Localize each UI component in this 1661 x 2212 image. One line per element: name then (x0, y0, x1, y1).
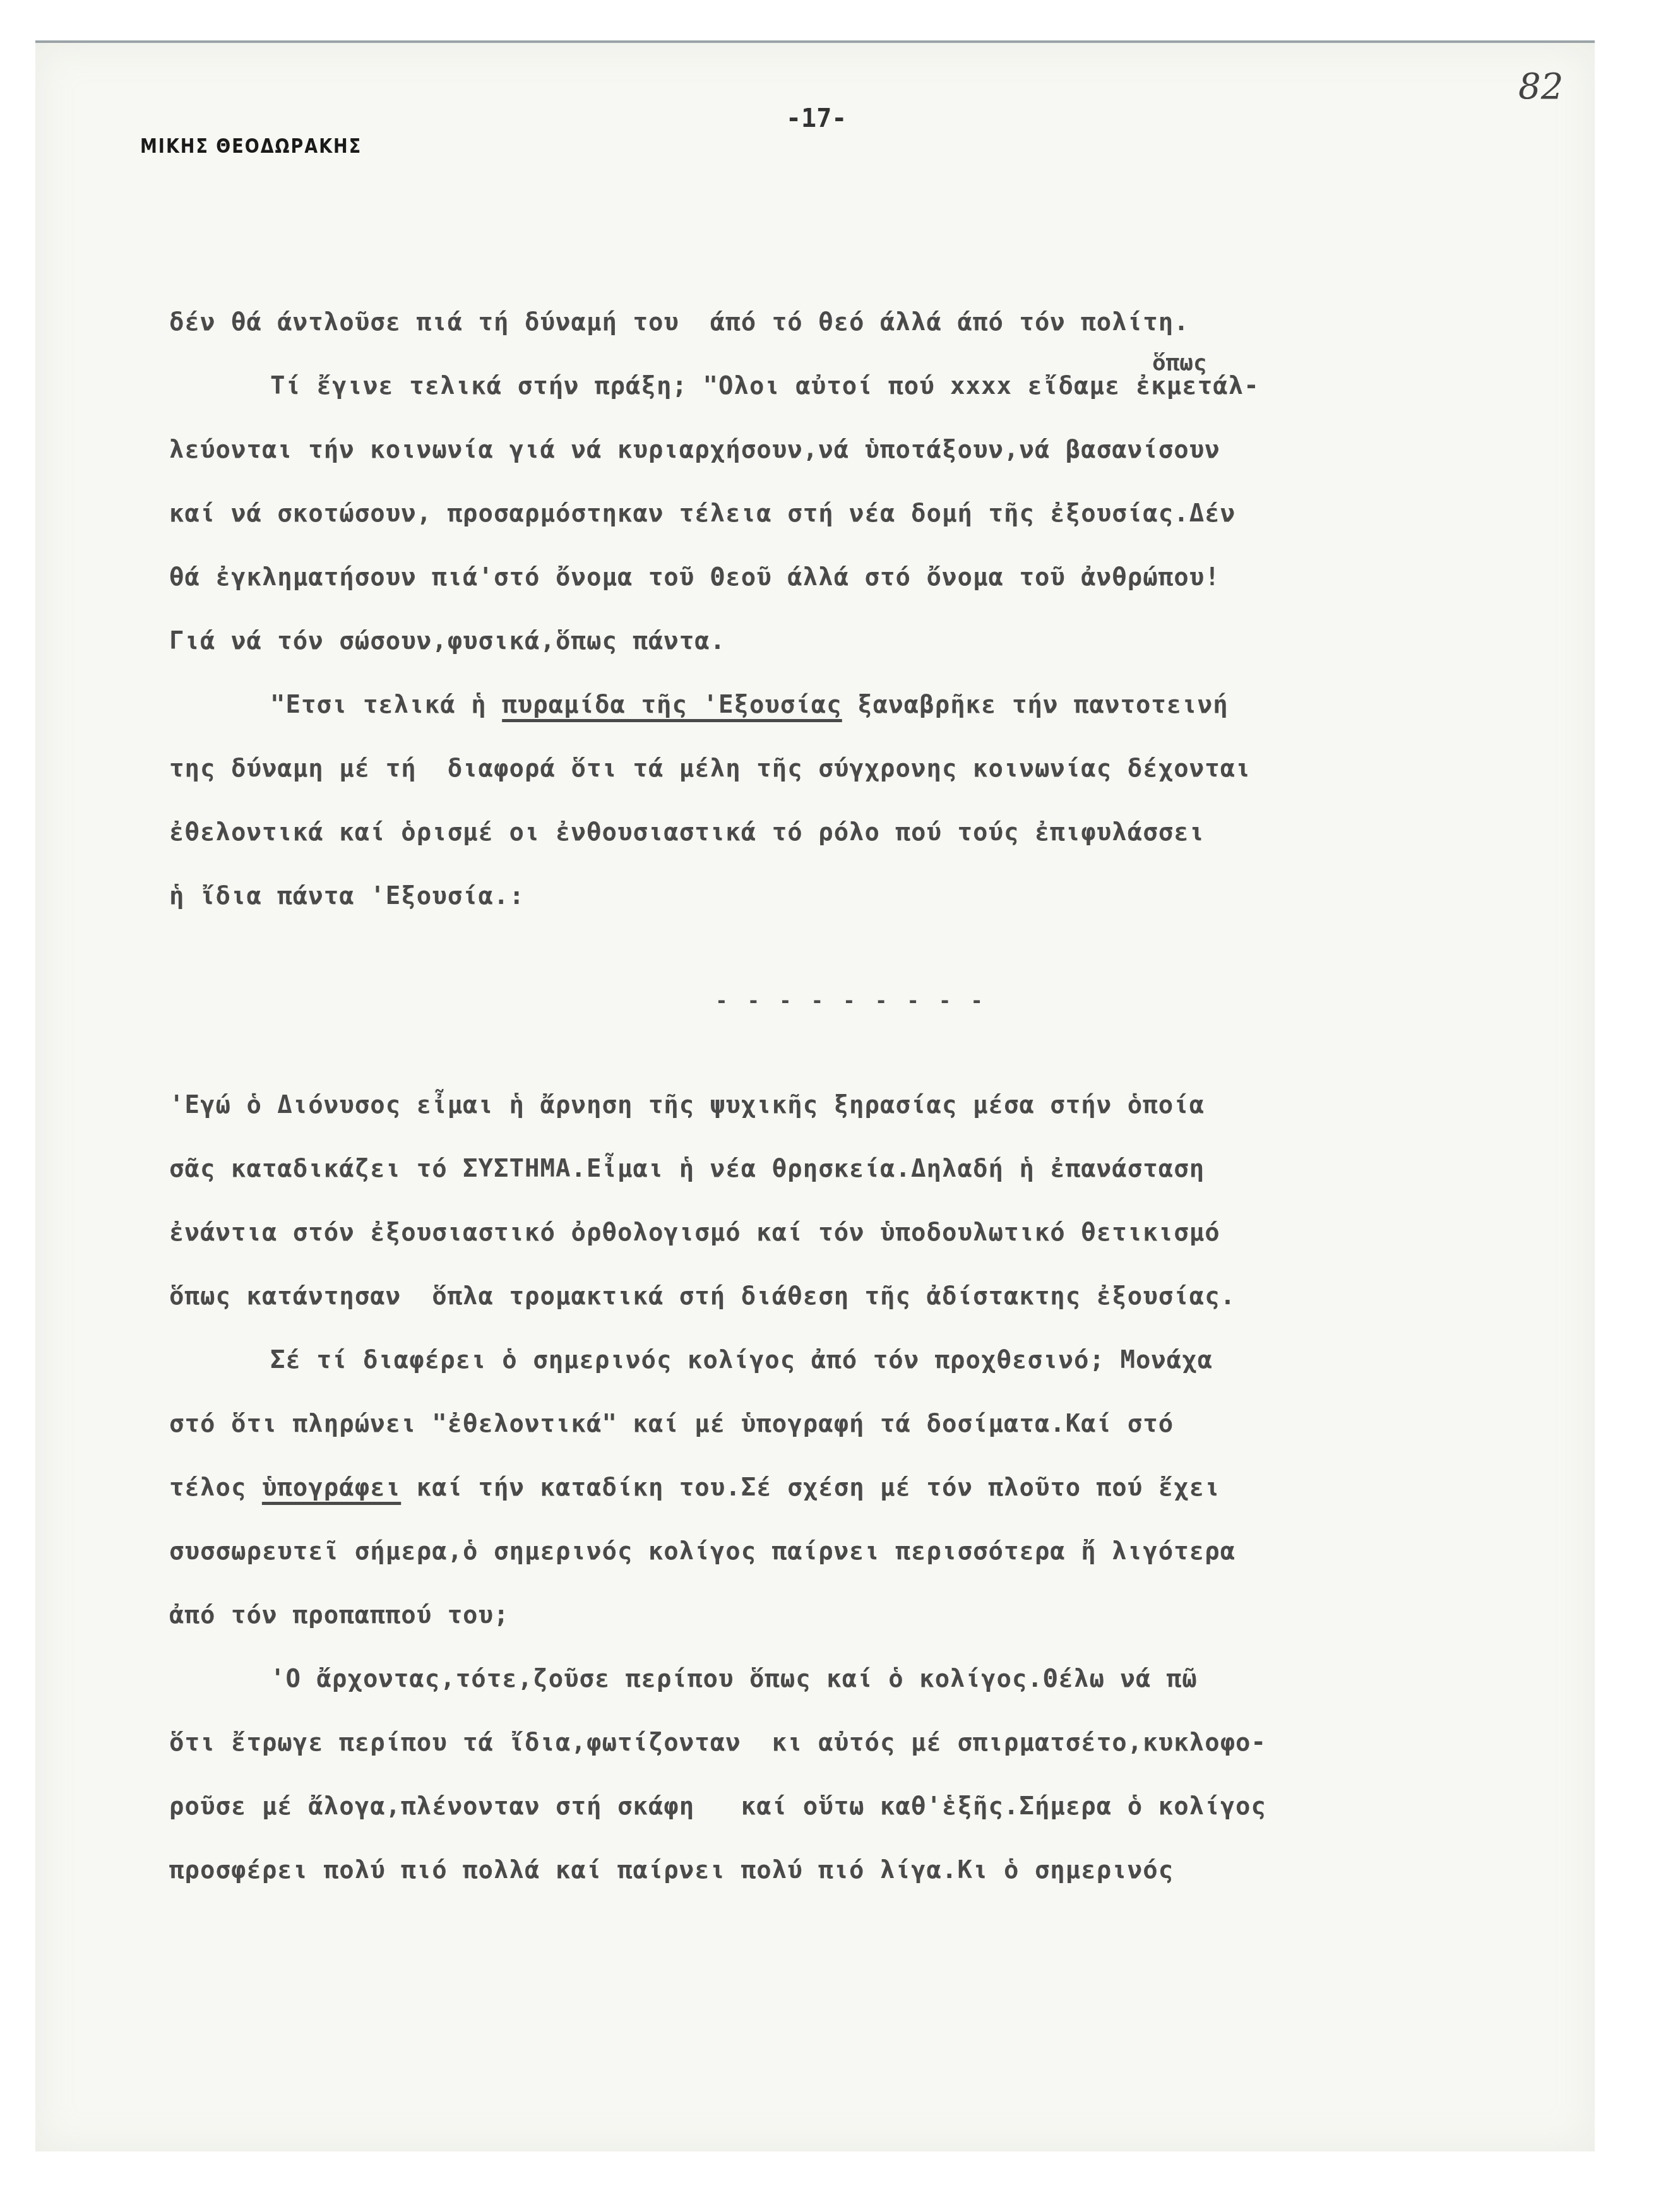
underlined-word: ὑπογράφει (262, 1473, 401, 1502)
text-line: στό ὅτι πληρώνει "ἐθελοντικά" καί μέ ὑπο… (169, 1392, 1533, 1456)
text-line: ἐνάντια στόν ἐξουσιαστικό ὀρθολογισμό κα… (169, 1201, 1533, 1264)
text-line: ἐθελοντικά καί ὁρισμέ οι ἐνθουσιαστικά τ… (169, 800, 1533, 864)
page-number: -17- (786, 104, 847, 133)
text-line: ὅτι ἔτρωγε περίπου τά ἴδια,φωτίζονταν κι… (169, 1711, 1533, 1775)
handwritten-folio-number: 82 (1518, 66, 1563, 107)
text-line: θά ἐγκληματήσουν πιά'στό ὄνομα τοῦ Θεοῦ … (169, 545, 1533, 609)
text-line: δέν θά άντλοῦσε πιά τή δύναμή του άπό τό… (169, 290, 1533, 354)
text-line: 'Ο ἄρχοντας,τότε,ζοῦσε περίπου ὅπως καί … (169, 1647, 1533, 1711)
text-line: προσφέρει πολύ πιό πολλά καί παίρνει πολ… (169, 1838, 1533, 1902)
text-line: τέλος ὑπογράφει καί τήν καταδίκη του.Σέ … (169, 1456, 1533, 1519)
text-segment: ξαναβρῆκε τήν παντοτεινή (842, 691, 1229, 719)
typewritten-body: δέν θά άντλοῦσε πιά τή δύναμή του άπό τό… (169, 290, 1533, 1902)
text-line: συσσωρευτεῖ σήμερα,ὁ σημερινός κολίγος π… (169, 1519, 1533, 1583)
text-segment: τέλος (169, 1473, 262, 1502)
text-line: ὅπως κατάντησαν ὅπλα τρομακτικά στή διάθ… (169, 1264, 1533, 1328)
text-line: "Ετσι τελικά ἡ πυραμίδα τῆς 'Εξουσίας ξα… (169, 673, 1533, 737)
text-line: Γιά νά τόν σώσουν,φυσικά,ὅπως πάντα. (169, 609, 1533, 673)
text-line: καί νά σκοτώσουν, προσαρμόστηκαν τέλεια … (169, 482, 1533, 545)
text-line: Σέ τί διαφέρει ὁ σημερινός κολίγος ἀπό τ… (169, 1328, 1533, 1392)
text-segment: καί τήν καταδίκη του.Σέ σχέση μέ τόν πλο… (401, 1473, 1220, 1502)
text-line: λεύονται τήν κοινωνία γιά νά κυριαρχήσου… (169, 418, 1533, 482)
underlined-phrase: πυραμίδα τῆς 'Εξουσίας (502, 691, 842, 719)
text-segment: "Ετσι τελικά ἡ (270, 691, 502, 719)
text-line: της δύναμη μέ τή διαφορά ὅτι τά μέλη τῆς… (169, 737, 1533, 800)
text-line: ροῦσε μέ ἄλογα,πλένονταν στή σκάφη καί ο… (169, 1775, 1533, 1838)
text-line: 'Εγώ ὁ Διόνυσος εἶμαι ἡ ἄρνηση τῆς ψυχικ… (169, 1073, 1533, 1137)
text-line: ἡ ἴδια πάντα 'Εξουσία.: (169, 864, 1533, 928)
text-line: Τί ἔγινε τελικά στήν πράξη; "Ολοι αὐτοί … (169, 354, 1533, 418)
author-header: ΜΙΚΗΣ ΘΕΟΔΩΡΑΚΗΣ (140, 135, 362, 158)
text-line: σᾶς καταδικάζει τό ΣΥΣΤΗΜΑ.Εἶμαι ἡ νέα θ… (169, 1137, 1533, 1201)
text-line: ἀπό τόν προπαππού του; (169, 1583, 1533, 1647)
section-separator: - - - - - - - - - (169, 928, 1533, 1073)
